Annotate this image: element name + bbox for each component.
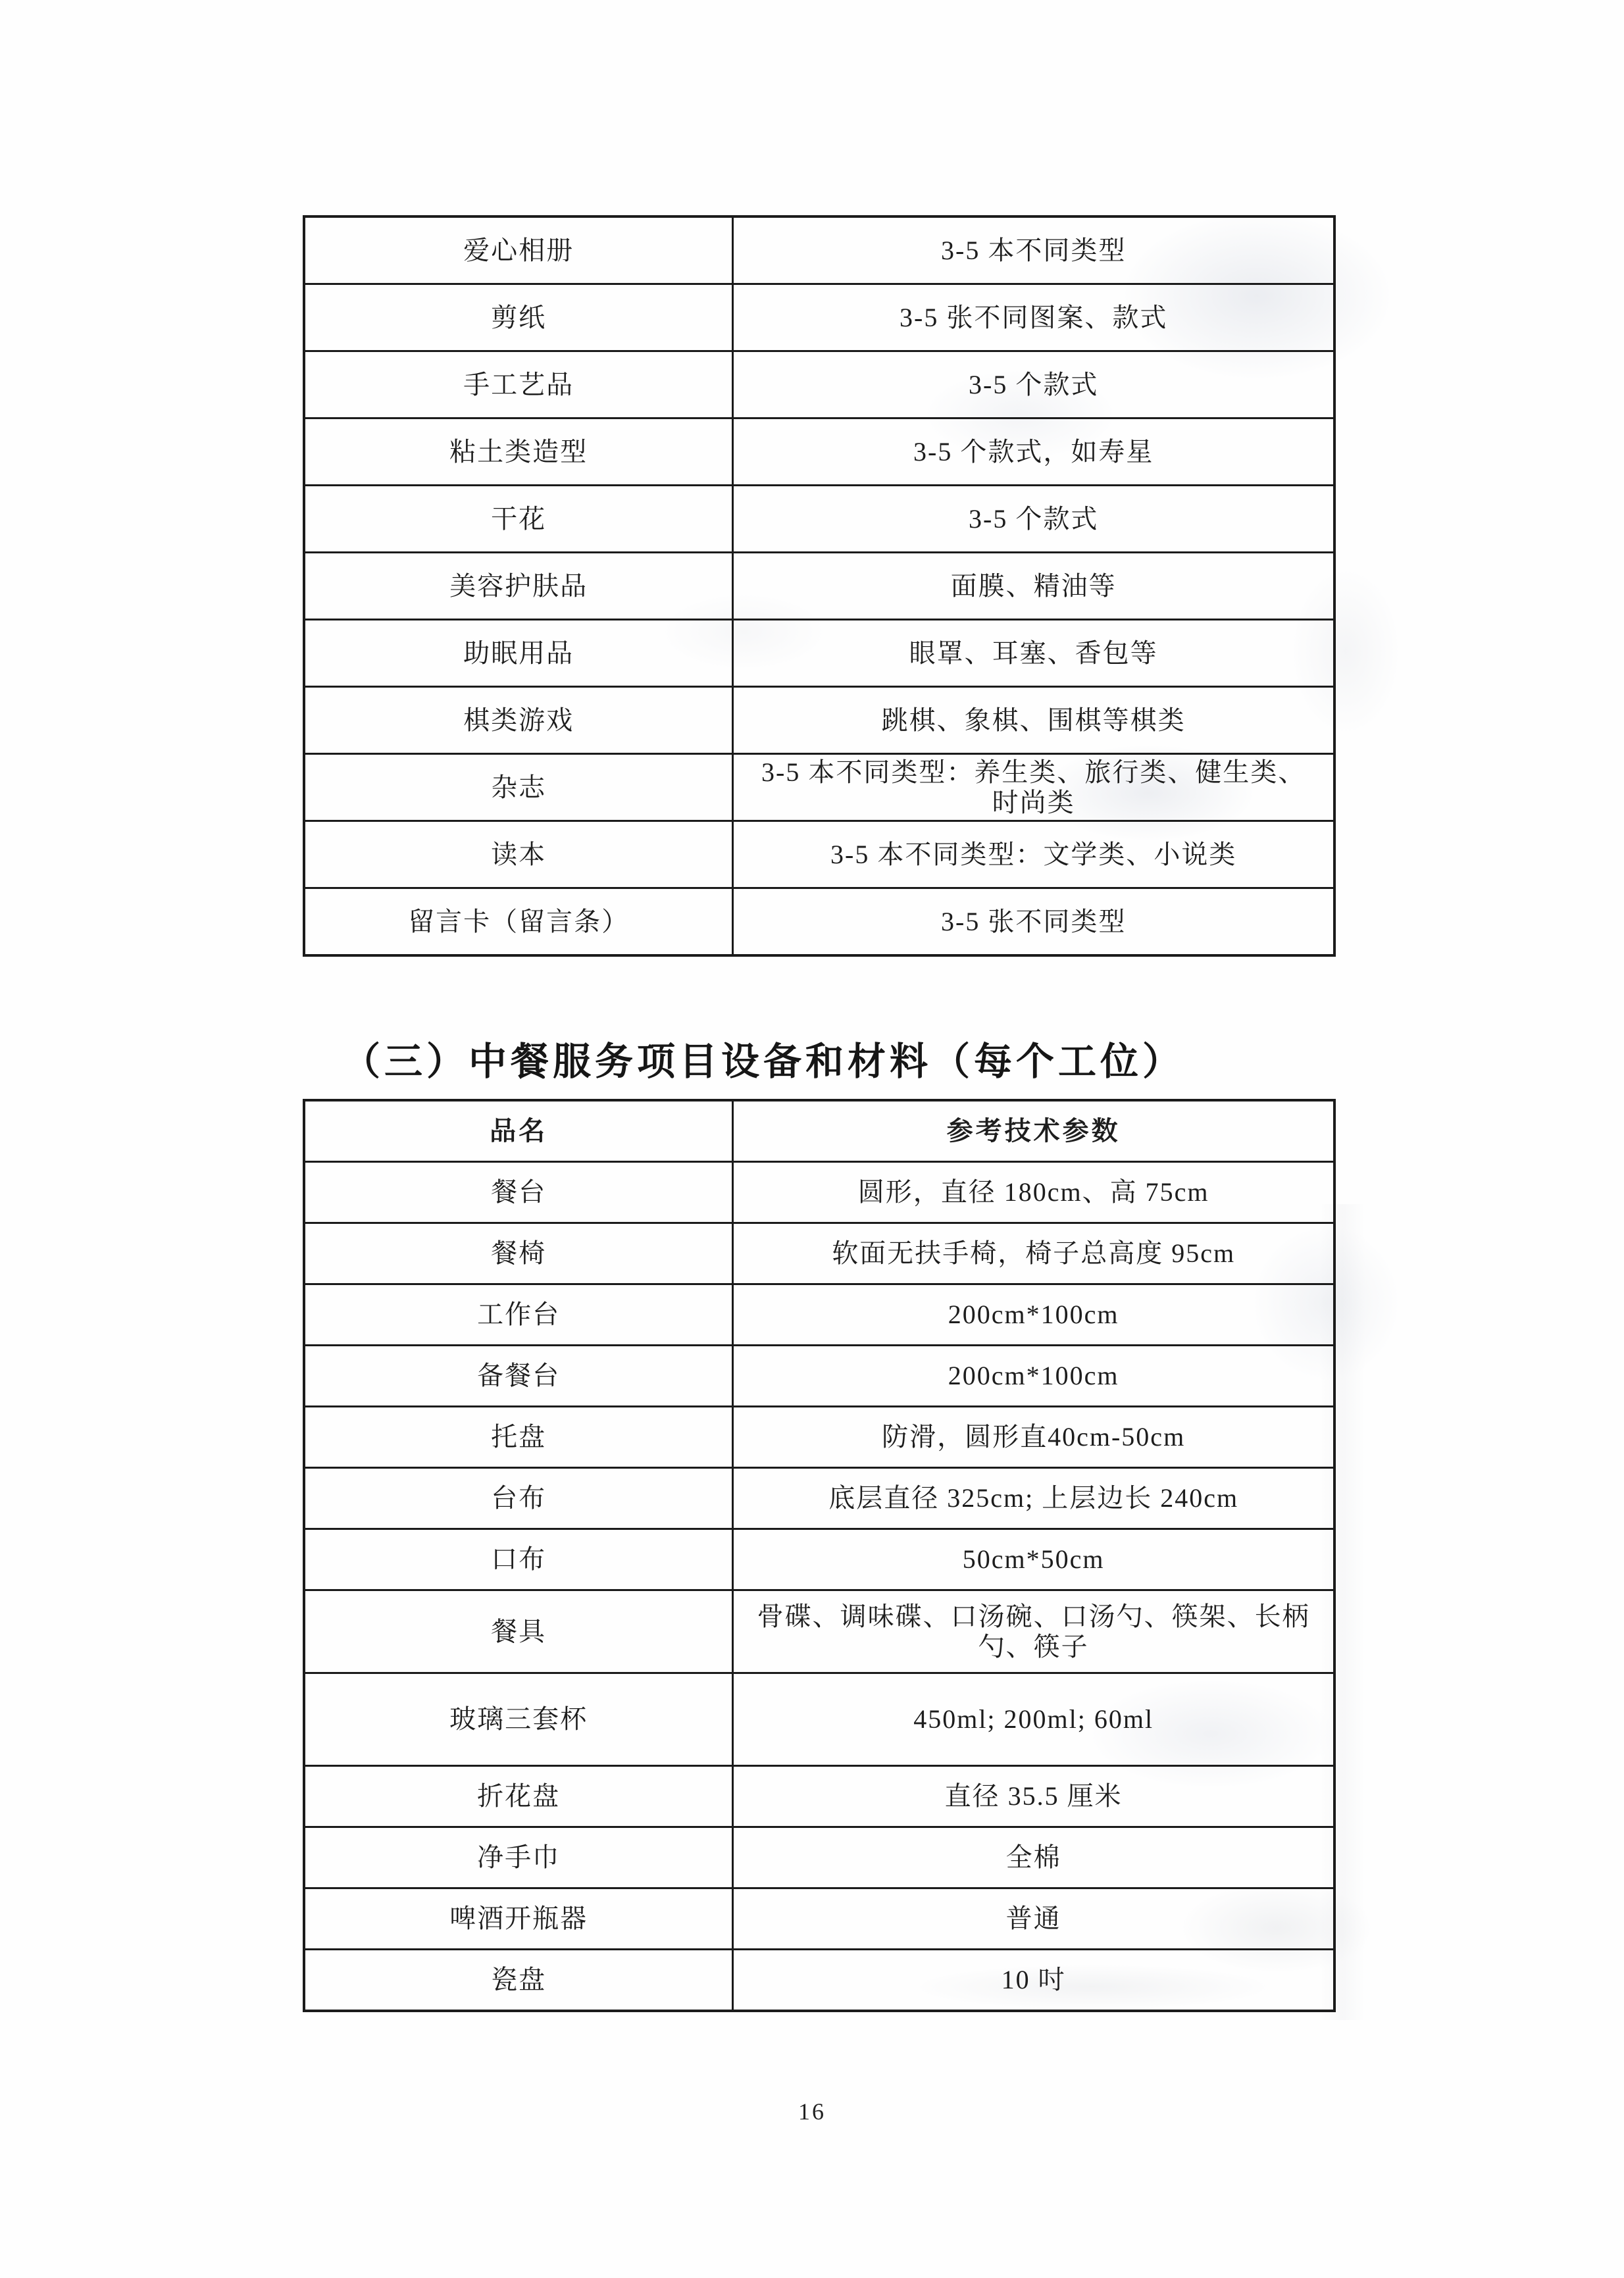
table-row: 啤酒开瓶器 普通 <box>305 1887 1333 1948</box>
item-name-cell: 留言卡（留言条） <box>305 889 734 954</box>
document-page: 爱心相册 3-5 本不同类型 剪纸 3-5 张不同图案、款式 手工艺品 3-5 … <box>0 0 1624 2278</box>
table-row: 餐台 圆形，直径 180cm、高 75cm <box>305 1161 1333 1222</box>
item-name-cell: 餐具 <box>305 1591 734 1672</box>
supplies-spec-table: 爱心相册 3-5 本不同类型 剪纸 3-5 张不同图案、款式 手工艺品 3-5 … <box>303 215 1336 957</box>
table-row: 助眠用品 眼罩、耳塞、香包等 <box>305 619 1333 686</box>
item-spec-cell: 3-5 个款式，如寿星 <box>734 419 1333 484</box>
table-row: 餐具 骨碟、调味碟、口汤碗、口汤勺、筷架、长柄 勺、筷子 <box>305 1589 1333 1672</box>
item-name-cell: 口布 <box>305 1530 734 1589</box>
item-spec-cell: 3-5 个款式 <box>734 486 1333 551</box>
item-name-cell: 托盘 <box>305 1407 734 1467</box>
item-spec-cell: 普通 <box>734 1889 1333 1948</box>
table-row: 台布 底层直径 325cm; 上层边长 240cm <box>305 1467 1333 1528</box>
item-name-cell: 粘土类造型 <box>305 419 734 484</box>
item-name-cell: 餐台 <box>305 1163 734 1222</box>
table-row: 剪纸 3-5 张不同图案、款式 <box>305 283 1333 350</box>
table-row: 手工艺品 3-5 个款式 <box>305 350 1333 417</box>
table-row: 干花 3-5 个款式 <box>305 484 1333 551</box>
item-spec-cell: 全棉 <box>734 1828 1333 1887</box>
table-row: 瓷盘 10 吋 <box>305 1948 1333 2010</box>
table-row: 棋类游戏 跳棋、象棋、围棋等棋类 <box>305 686 1333 753</box>
item-name-cell: 折花盘 <box>305 1767 734 1826</box>
table-row: 留言卡（留言条） 3-5 张不同类型 <box>305 887 1333 954</box>
item-name-cell: 瓷盘 <box>305 1950 734 2010</box>
item-name-cell: 啤酒开瓶器 <box>305 1889 734 1948</box>
item-name-cell: 工作台 <box>305 1285 734 1344</box>
table-row: 读本 3-5 本不同类型：文学类、小说类 <box>305 820 1333 887</box>
section-heading: （三）中餐服务项目设备和材料（每个工位） <box>342 1030 1184 1086</box>
item-name-cell: 爱心相册 <box>305 218 734 283</box>
item-name-cell: 净手巾 <box>305 1828 734 1887</box>
table-row: 杂志 3-5 本不同类型：养生类、旅行类、健生类、 时尚类 <box>305 753 1333 820</box>
item-name-cell: 备餐台 <box>305 1346 734 1405</box>
item-spec-cell: 200cm*100cm <box>734 1346 1333 1405</box>
item-spec-cell: 3-5 张不同类型 <box>734 889 1333 954</box>
item-name-cell: 剪纸 <box>305 285 734 350</box>
item-name-cell: 餐椅 <box>305 1224 734 1283</box>
item-spec-cell: 3-5 本不同类型：文学类、小说类 <box>734 822 1333 887</box>
item-name-cell: 读本 <box>305 822 734 887</box>
item-name-cell: 干花 <box>305 486 734 551</box>
item-spec-cell: 跳棋、象棋、围棋等棋类 <box>734 688 1333 753</box>
item-spec-cell: 450ml; 200ml; 60ml <box>734 1674 1333 1765</box>
item-spec-cell: 3-5 个款式 <box>734 352 1333 417</box>
item-name-cell: 手工艺品 <box>305 352 734 417</box>
item-spec-cell: 防滑，圆形直40cm-50cm <box>734 1407 1333 1467</box>
item-name-cell: 台布 <box>305 1469 734 1528</box>
item-name-cell: 美容护肤品 <box>305 553 734 619</box>
item-name-cell: 助眠用品 <box>305 620 734 686</box>
item-spec-cell: 3-5 张不同图案、款式 <box>734 285 1333 350</box>
table-row: 折花盘 直径 35.5 厘米 <box>305 1765 1333 1826</box>
item-spec-cell: 底层直径 325cm; 上层边长 240cm <box>734 1469 1333 1528</box>
item-spec-cell: 3-5 本不同类型 <box>734 218 1333 283</box>
table-row: 备餐台 200cm*100cm <box>305 1344 1333 1405</box>
table-header-row: 品名 参考技术参数 <box>305 1101 1333 1161</box>
item-name-cell: 棋类游戏 <box>305 688 734 753</box>
table-row: 工作台 200cm*100cm <box>305 1283 1333 1344</box>
item-spec-cell: 直径 35.5 厘米 <box>734 1767 1333 1826</box>
table-row: 美容护肤品 面膜、精油等 <box>305 551 1333 619</box>
item-spec-cell: 面膜、精油等 <box>734 553 1333 619</box>
item-name-cell: 杂志 <box>305 755 734 820</box>
item-name-cell: 玻璃三套杯 <box>305 1674 734 1765</box>
table-row: 净手巾 全棉 <box>305 1826 1333 1887</box>
table-row: 口布 50cm*50cm <box>305 1528 1333 1589</box>
table-row: 粘土类造型 3-5 个款式，如寿星 <box>305 417 1333 484</box>
table-row: 托盘 防滑，圆形直40cm-50cm <box>305 1405 1333 1467</box>
item-spec-cell: 骨碟、调味碟、口汤碗、口汤勺、筷架、长柄 勺、筷子 <box>734 1591 1333 1672</box>
item-spec-cell: 软面无扶手椅，椅子总高度 95cm <box>734 1224 1333 1283</box>
item-spec-cell: 10 吋 <box>734 1950 1333 2010</box>
item-spec-cell: 3-5 本不同类型：养生类、旅行类、健生类、 时尚类 <box>734 755 1333 820</box>
page-number: 16 <box>0 2098 1624 2125</box>
table-row: 玻璃三套杯 450ml; 200ml; 60ml <box>305 1672 1333 1765</box>
column-header-name: 品名 <box>305 1101 734 1161</box>
item-spec-cell: 圆形，直径 180cm、高 75cm <box>734 1163 1333 1222</box>
item-spec-cell: 眼罩、耳塞、香包等 <box>734 620 1333 686</box>
table-row: 爱心相册 3-5 本不同类型 <box>305 218 1333 283</box>
banquet-equipment-table: 品名 参考技术参数 餐台 圆形，直径 180cm、高 75cm 餐椅 软面无扶手… <box>303 1099 1336 2012</box>
item-spec-cell: 50cm*50cm <box>734 1530 1333 1589</box>
item-spec-cell: 200cm*100cm <box>734 1285 1333 1344</box>
table-row: 餐椅 软面无扶手椅，椅子总高度 95cm <box>305 1222 1333 1283</box>
column-header-param: 参考技术参数 <box>734 1101 1333 1161</box>
